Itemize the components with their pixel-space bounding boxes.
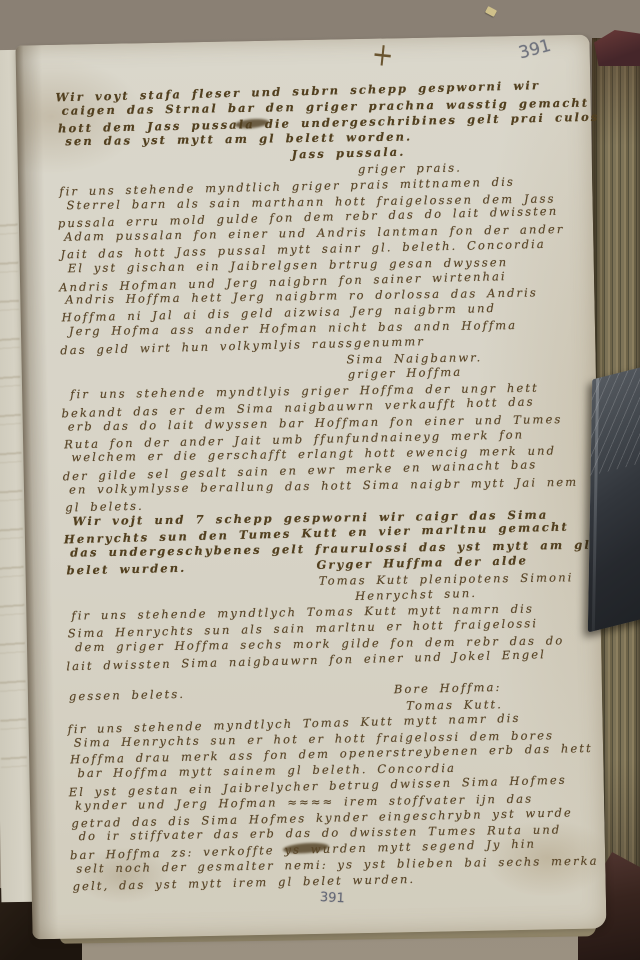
ink-cross-mark: +	[370, 36, 396, 76]
dark-book-object	[588, 363, 640, 632]
paper-speck	[485, 6, 497, 17]
manuscript-page: + 391 Wir voyt stafa fleser und subrn sc…	[15, 35, 606, 940]
book-cover-top-right	[594, 30, 640, 66]
folio-number-bottom: 391	[320, 890, 346, 906]
manuscript-line-text: belet wurden.	[66, 561, 186, 578]
manuscript-text: Wir voyt stafa fleser und subrn schepp g…	[54, 79, 594, 895]
folio-number-top: 391	[517, 36, 554, 64]
signature-line: Bore Hoffma:	[394, 680, 502, 698]
manuscript-photo: + 391 Wir voyt stafa fleser und subrn sc…	[0, 0, 640, 960]
